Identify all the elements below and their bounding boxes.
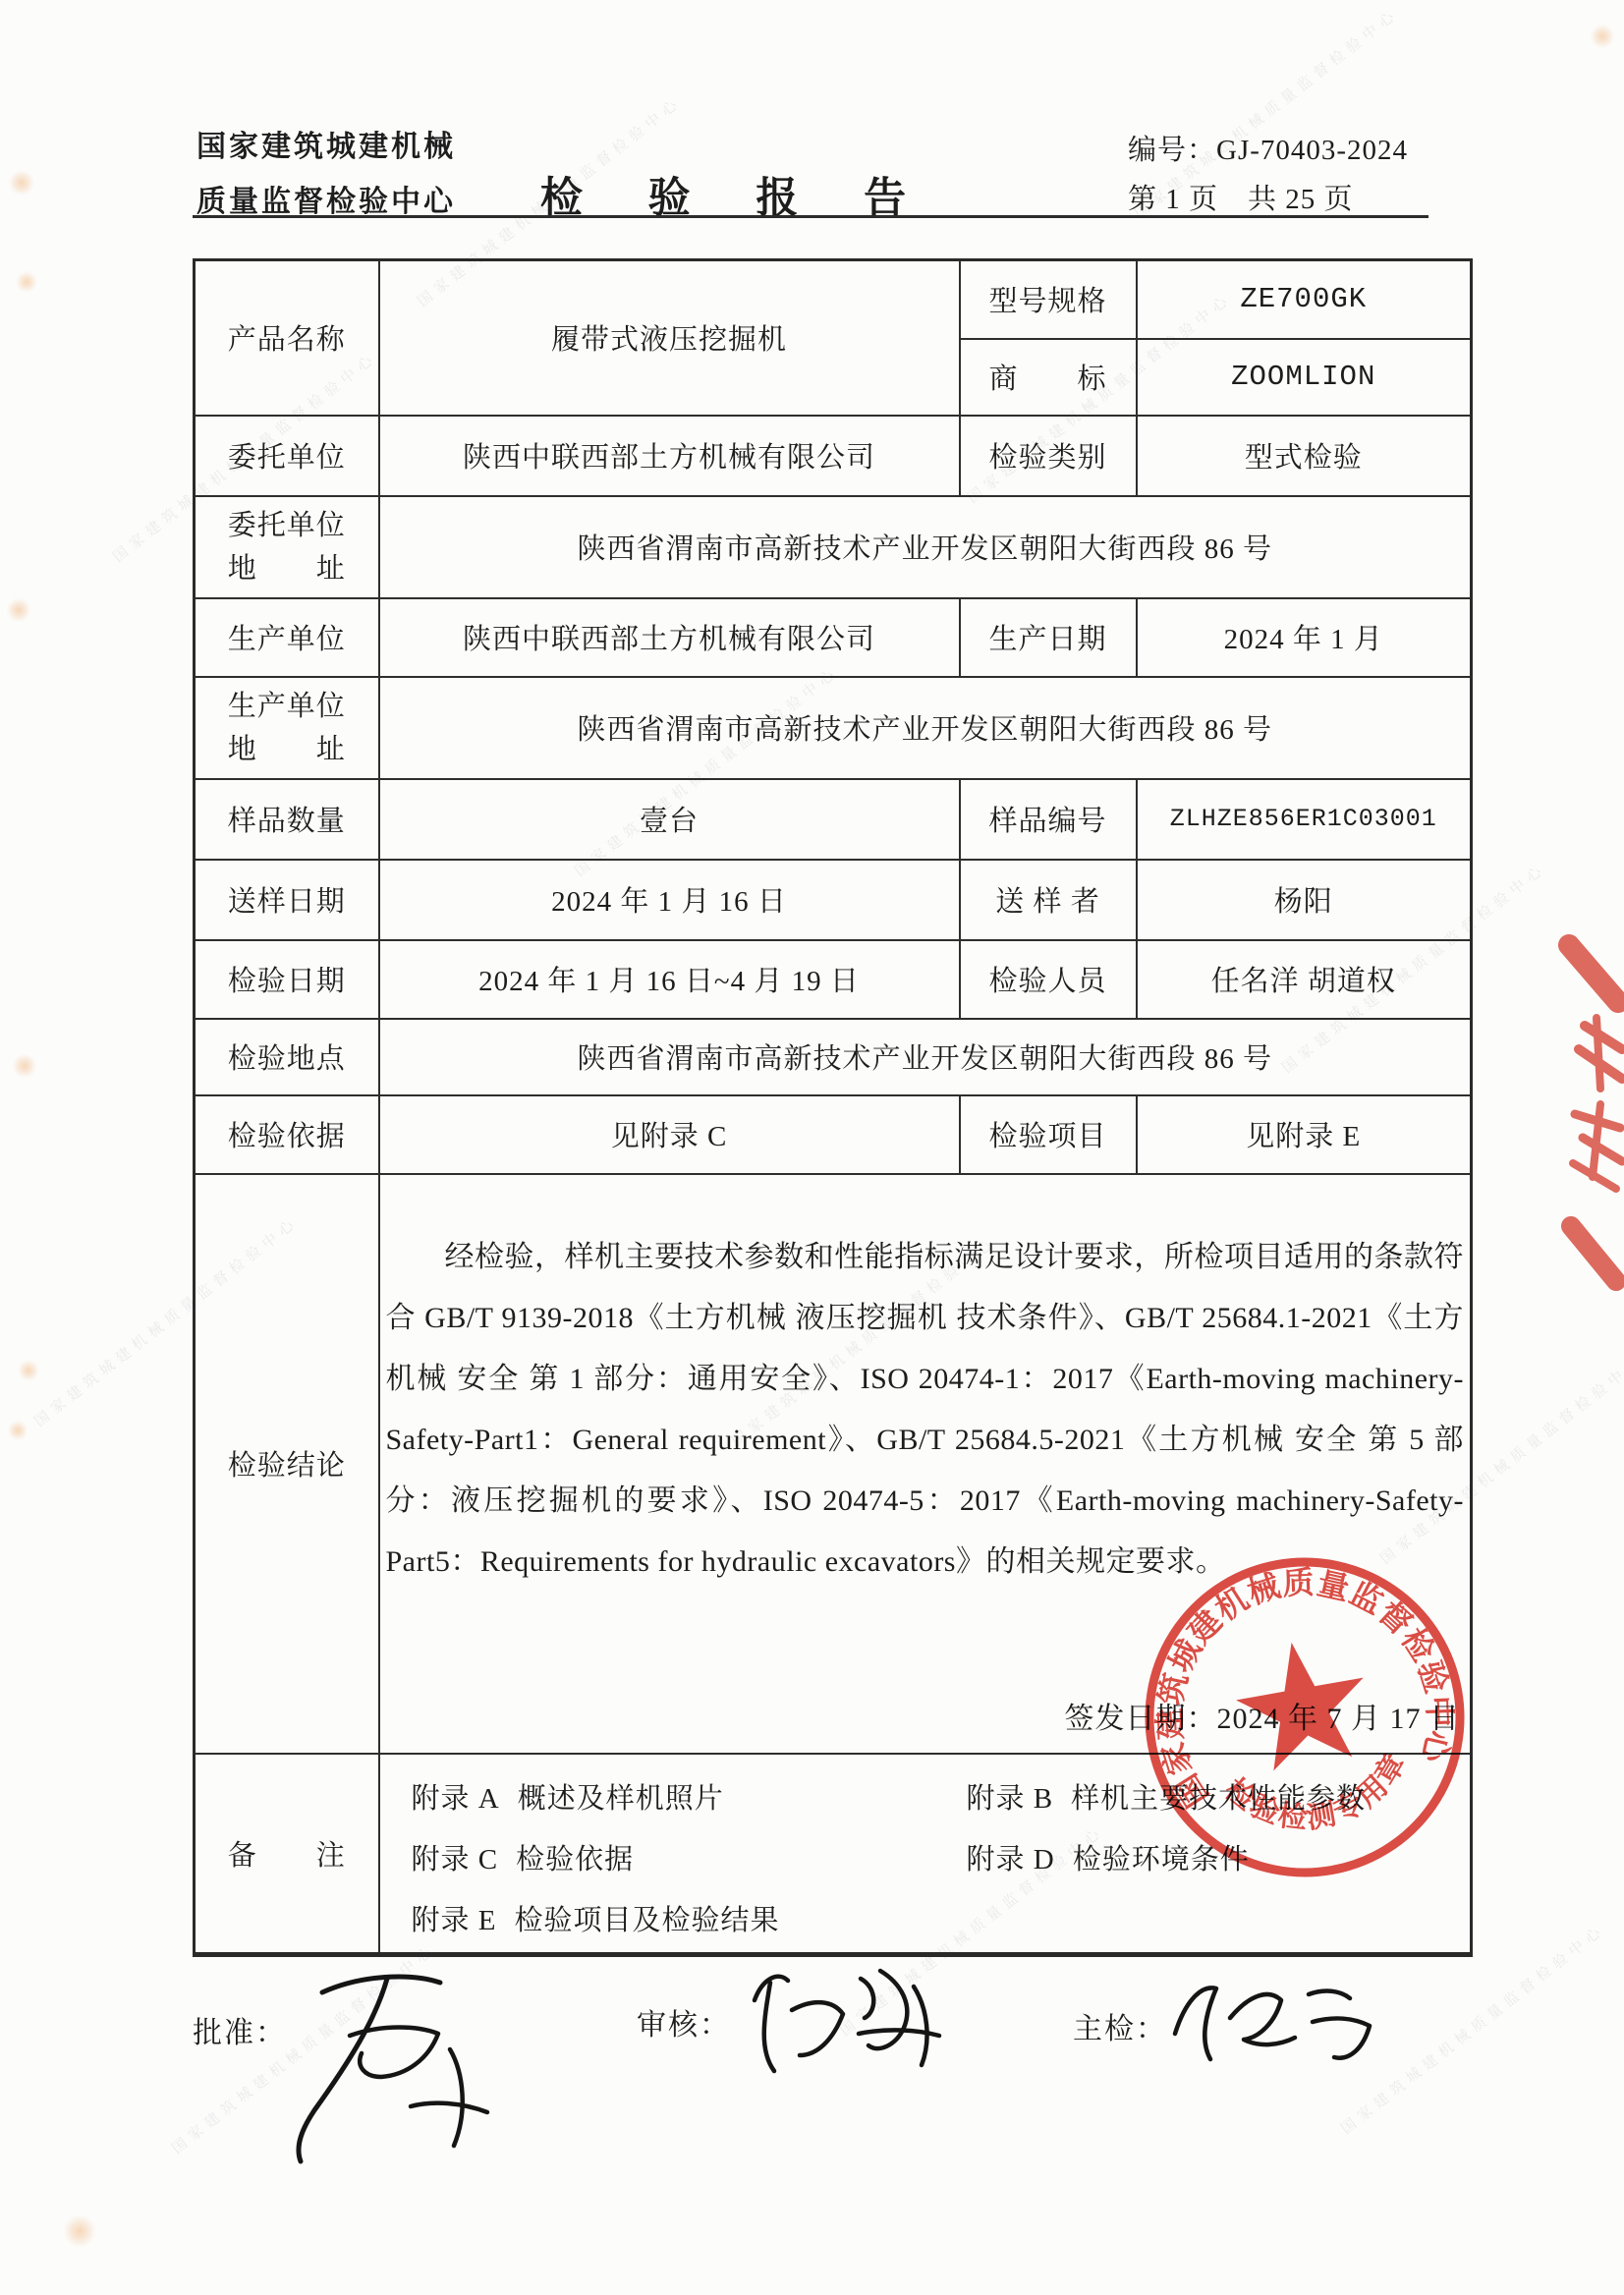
- chief-signature: [1159, 1961, 1385, 2079]
- sample-date-value: 2024 年 1 月 16 日: [379, 860, 960, 940]
- sample-date-label: 送样日期: [195, 860, 379, 940]
- appendix-code: 附录 E: [412, 1905, 497, 1936]
- edge-swirl-mark: [2, 593, 35, 627]
- trademark-value: ZOOMLION: [1137, 339, 1472, 416]
- sample-quantity-value: 壹台: [379, 779, 960, 860]
- appendix-code: 附录 D: [967, 1844, 1055, 1875]
- edge-stamp-fragment: [1555, 929, 1624, 1295]
- edge-swirl-mark: [57, 2209, 102, 2254]
- edge-swirl-mark: [4, 165, 39, 200]
- org-name-line1: 国家建筑城建机械: [196, 122, 456, 165]
- sample-quantity-label: 样品数量: [195, 779, 379, 860]
- client-address-label-line1: 委托单位: [201, 504, 372, 547]
- appendix-code: 附录 A: [412, 1783, 500, 1815]
- manufacturer-value: 陕西中联西部土方机械有限公司: [379, 598, 960, 677]
- inspection-date-label: 检验日期: [195, 940, 379, 1019]
- sample-sender-label: 送 样 者: [960, 860, 1137, 940]
- inspection-report-page: 国家建筑城建机械质量监督检验中心 国家建筑城建机械质量监督检验中心 国家建筑城建…: [0, 0, 1624, 2295]
- page-indicator: 第 1 页 共 25 页: [1128, 177, 1354, 217]
- inspection-basis-label: 检验依据: [195, 1095, 379, 1174]
- manufacturer-address-label-line1: 生产单位: [201, 685, 372, 728]
- table-row: 生产单位 陕西中联西部土方机械有限公司 生产日期 2024 年 1 月: [195, 598, 1472, 677]
- svg-text:检验检测专用章: 检验检测专用章: [1215, 1742, 1423, 1849]
- inspection-place-value: 陕西省渭南市高新技术产业开发区朝阳大街西段 86 号: [379, 1019, 1472, 1095]
- product-name-value: 履带式液压挖掘机: [379, 260, 960, 416]
- product-name-label: 产品名称: [195, 260, 379, 416]
- appendix-code: 附录 C: [412, 1844, 499, 1875]
- report-number: 编号：GJ-70403-2024: [1128, 128, 1408, 168]
- client-value: 陕西中联西部土方机械有限公司: [379, 416, 960, 496]
- conclusion-label: 检验结论: [195, 1174, 379, 1754]
- client-address-value: 陕西省渭南市高新技术产业开发区朝阳大街西段 86 号: [379, 496, 1472, 598]
- manufacturer-address-label: 生产单位 地 址: [195, 677, 379, 779]
- table-row: 检验地点 陕西省渭南市高新技术产业开发区朝阳大街西段 86 号: [195, 1019, 1472, 1095]
- appendix-title: 概述及样机照片: [518, 1783, 724, 1815]
- review-label: 审核：: [637, 2000, 731, 2043]
- manufacturer-address-value: 陕西省渭南市高新技术产业开发区朝阳大街西段 86 号: [379, 677, 1472, 779]
- review-signature: [729, 1957, 955, 2095]
- manufacturer-label: 生产单位: [195, 598, 379, 677]
- appendix-item-c: 附录 C检验依据: [412, 1829, 967, 1890]
- certification-stamp: 国家建筑城建机械质量监督检验中心 检验检测专用章: [1134, 1546, 1476, 1888]
- appendix-code: 附录 B: [967, 1783, 1054, 1815]
- inspection-items-value: 见附录 E: [1137, 1095, 1472, 1174]
- chief-label: 主检：: [1073, 2004, 1167, 2047]
- appendix-title: 检验项目及检验结果: [514, 1905, 779, 1936]
- table-row: 委托单位 地 址 陕西省渭南市高新技术产业开发区朝阳大街西段 86 号: [195, 496, 1472, 598]
- stamp-bottom-text: 检验检测专用章: [1215, 1742, 1423, 1849]
- appendix-item-a: 附录 A概述及样机照片: [412, 1768, 967, 1829]
- sample-no-value: ZLHZE856ER1C03001: [1137, 779, 1472, 860]
- table-row: 样品数量 壹台 样品编号 ZLHZE856ER1C03001: [195, 779, 1472, 860]
- table-row: 送样日期 2024 年 1 月 16 日 送 样 者 杨阳: [195, 860, 1472, 940]
- production-date-label: 生产日期: [960, 598, 1137, 677]
- inspection-date-value: 2024 年 1 月 16 日~4 月 19 日: [379, 940, 960, 1019]
- remarks-label: 备 注: [195, 1754, 379, 1955]
- client-label: 委托单位: [195, 416, 379, 496]
- manufacturer-address-label-line2: 地 址: [201, 728, 372, 771]
- table-row: 检验依据 见附录 C 检验项目 见附录 E: [195, 1095, 1472, 1174]
- sample-no-label: 样品编号: [960, 779, 1137, 860]
- header-rule: [193, 215, 1428, 218]
- model-value: ZE700GK: [1137, 260, 1472, 339]
- edge-swirl-mark: [4, 1417, 31, 1444]
- edge-swirl-mark: [8, 1049, 41, 1083]
- edge-swirl-mark: [12, 267, 41, 297]
- table-row: 产品名称 履带式液压挖掘机 型号规格 ZE700GK: [195, 260, 1472, 339]
- inspection-basis-value: 见附录 C: [379, 1095, 960, 1174]
- appendix-title: 检验依据: [516, 1844, 634, 1875]
- client-address-label: 委托单位 地 址: [195, 496, 379, 598]
- org-name-line2: 质量监督检验中心: [196, 177, 456, 220]
- inspectors-label: 检验人员: [960, 940, 1137, 1019]
- conclusion-text: 经检验，样机主要技术参数和性能指标满足设计要求，所检项目适用的条款符合 GB/T…: [386, 1227, 1465, 1593]
- inspection-place-label: 检验地点: [195, 1019, 379, 1095]
- table-row: 检验日期 2024 年 1 月 16 日~4 月 19 日 检验人员 任名洋 胡…: [195, 940, 1472, 1019]
- model-label: 型号规格: [960, 260, 1137, 339]
- inspectors-value: 任名洋 胡道权: [1137, 940, 1472, 1019]
- approve-label: 批准：: [193, 2008, 287, 2051]
- production-date-value: 2024 年 1 月: [1137, 598, 1472, 677]
- edge-swirl-mark: [1586, 20, 1619, 53]
- inspection-category-label: 检验类别: [960, 416, 1137, 496]
- sample-sender-value: 杨阳: [1137, 860, 1472, 940]
- inspection-category-value: 型式检验: [1137, 416, 1472, 496]
- client-address-label-line2: 地 址: [201, 547, 372, 590]
- table-row: 委托单位 陕西中联西部土方机械有限公司 检验类别 型式检验: [195, 416, 1472, 496]
- inspection-items-label: 检验项目: [960, 1095, 1137, 1174]
- table-row: 生产单位 地 址 陕西省渭南市高新技术产业开发区朝阳大街西段 86 号: [195, 677, 1472, 779]
- appendix-item-e: 附录 E检验项目及检验结果: [412, 1890, 967, 1951]
- stamp-star-icon: [1228, 1631, 1376, 1774]
- approve-signature: [285, 1963, 511, 2169]
- trademark-label: 商 标: [960, 339, 1137, 416]
- edge-swirl-mark: [14, 1356, 43, 1385]
